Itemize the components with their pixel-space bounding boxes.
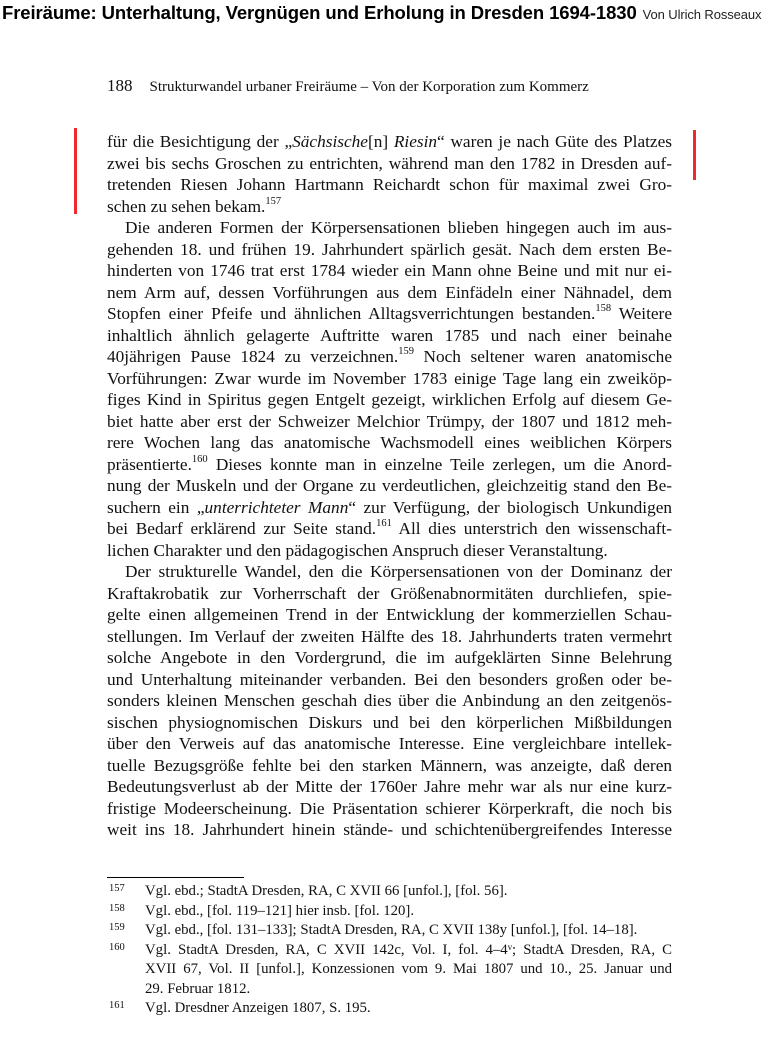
- body-line: weit ins 18. Jahrhundert hinein stände- …: [107, 819, 672, 841]
- footnote-ref[interactable]: 158: [595, 303, 611, 314]
- book-header: Freiräume: Unterhaltung, Vergnügen und E…: [0, 0, 769, 26]
- footnote-161: 161 Vgl. Dresdner Anzeigen 1807, S. 195.: [107, 999, 672, 1019]
- body-line: Stopfen einer Pfeife und ähnlichen Allta…: [107, 303, 672, 325]
- body-line: Die anderen Formen der Körpersensationen…: [107, 217, 672, 239]
- footnote-ref[interactable]: 161: [376, 518, 392, 529]
- body-line: Der strukturelle Wandel, den die Körpers…: [107, 561, 672, 583]
- body-line: nung der Muskeln und der Organe zu verde…: [107, 475, 672, 497]
- body-line: tuelle Bezugsgröße fehlte bei den starke…: [107, 755, 672, 777]
- footnote-157: 157 Vgl. ebd.; StadtA Dresden, RA, C XVI…: [107, 882, 672, 902]
- text-run: “ zur Verfügung, der biologisch Unkundig…: [348, 498, 672, 517]
- body-line: präsentierte.160 Dieses konnte man in ei…: [107, 454, 672, 476]
- body-line: figes Kind in Spiritus gegen Entgelt gez…: [107, 389, 672, 411]
- italic-run: unterrichteter Mann: [205, 498, 349, 517]
- footnote-text: XVII 67, Vol. II [unfol.], Konzessionen …: [145, 960, 672, 980]
- body-line: lichen Charakter und den pädagogischen A…: [107, 540, 672, 562]
- text-run: suchern ein „: [107, 498, 205, 517]
- text-run: 40jährigen Pause 1824 zu verzeichnen.: [107, 347, 398, 366]
- book-title: Freiräume: Unterhaltung, Vergnügen und E…: [2, 2, 761, 24]
- footnote-number: 157: [109, 879, 125, 899]
- text-run: Weitere: [611, 304, 672, 323]
- footnote-number: 160: [109, 938, 125, 958]
- text-run: Stopfen einer Pfeife und ähnlichen Allta…: [107, 304, 595, 323]
- body-line: gelte einen allgemeinen Trend in der Ent…: [107, 604, 672, 626]
- body-line: biet hatte aber erst der Schweizer Melch…: [107, 411, 672, 433]
- body-line: stellungen. Im Verlauf der zweiten Hälft…: [107, 626, 672, 648]
- text-run: [n]: [368, 132, 394, 151]
- footnotes: 157 Vgl. ebd.; StadtA Dresden, RA, C XVI…: [107, 882, 672, 1019]
- text-run: für die Besichtigung der „: [107, 132, 292, 151]
- italic-run: Sächsische: [292, 132, 368, 151]
- running-head: 188Strukturwandel urbaner Freiräume – Vo…: [107, 76, 589, 96]
- body-line: nem Arm auf, dessen Vorführungen aus dem…: [107, 282, 672, 304]
- book-author: Von Ulrich Rosseaux: [643, 7, 762, 22]
- body-text: für die Besichtigung der „Sächsische[n] …: [107, 131, 672, 841]
- footnote-text: Vgl. ebd.; StadtA Dresden, RA, C XVII 66…: [145, 882, 672, 902]
- footnote-text: Vgl. ebd., [fol. 131–133]; StadtA Dresde…: [145, 921, 672, 941]
- text-run: präsentierte.: [107, 455, 192, 474]
- body-line: Vorführungen: Zwar wurde im November 178…: [107, 368, 672, 390]
- footnote-160: 160 Vgl. StadtA Dresden, RA, C XVII 142c…: [107, 941, 672, 1000]
- footnote-158: 158 Vgl. ebd., [fol. 119–121] hier insb.…: [107, 902, 672, 922]
- body-line: für die Besichtigung der „Sächsische[n] …: [107, 131, 672, 153]
- text-run: “ waren je nach Güte des Platzes: [437, 132, 672, 151]
- footnote-159: 159 Vgl. ebd., [fol. 131–133]; StadtA Dr…: [107, 921, 672, 941]
- body-line: suchern ein „unterrichteter Mann“ zur Ve…: [107, 497, 672, 519]
- text-run: schen zu sehen bekam.: [107, 197, 265, 216]
- italic-run: Riesin: [394, 132, 437, 151]
- left-highlight-marker: [74, 128, 77, 214]
- book-title-text: Freiräume: Unterhaltung, Vergnügen und E…: [2, 2, 637, 23]
- body-line: Bedeutungsverlust ab der Mitte der 1760e…: [107, 776, 672, 798]
- footnote-ref[interactable]: 160: [192, 454, 208, 465]
- body-line: und Unterhaltung miteinander verbanden. …: [107, 669, 672, 691]
- body-line: zwei bis sechs Groschen zu entrichten, w…: [107, 153, 672, 175]
- body-line: sonders kleinen Menschen geschah dies üb…: [107, 690, 672, 712]
- text-run: All dies unterstrich den wissenschaft-: [392, 519, 672, 538]
- text-run: Noch seltener waren anatomische: [414, 347, 672, 366]
- footnote-ref[interactable]: 159: [398, 346, 414, 357]
- body-line: bei Bedarf erklärend zur Seite stand.161…: [107, 518, 672, 540]
- footnote-text: Vgl. Dresdner Anzeigen 1807, S. 195.: [145, 999, 672, 1019]
- body-line: hinderten von 1746 trat erst 1784 wieder…: [107, 260, 672, 282]
- right-highlight-marker: [693, 130, 696, 180]
- footnote-divider: [107, 877, 244, 878]
- footnote-number: 159: [109, 918, 125, 938]
- body-line: inhaltlich ähnlich gelagerte Auftritte w…: [107, 325, 672, 347]
- body-line: rere Wochen lang das anatomische Wachsmo…: [107, 432, 672, 454]
- footnote-number: 161: [109, 996, 125, 1016]
- body-line: schen zu sehen bekam.157: [107, 196, 672, 218]
- body-line: sischen physiognomischen Diskurs und bei…: [107, 712, 672, 734]
- body-line: gehenden 18. und frühen 19. Jahrhundert …: [107, 239, 672, 261]
- footnote-ref[interactable]: 157: [265, 196, 281, 207]
- running-head-title: Strukturwandel urbaner Freiräume – Von d…: [150, 79, 589, 95]
- footnote-text: Vgl. ebd., [fol. 119–121] hier insb. [fo…: [145, 902, 672, 922]
- body-line: fristige Modeerscheinung. Die Präsentati…: [107, 798, 672, 820]
- body-line: Kraftakrobatik zur Vorherrschaft der Grö…: [107, 583, 672, 605]
- text-run: bei Bedarf erklärend zur Seite stand.: [107, 519, 376, 538]
- footnote-text: Vgl. StadtA Dresden, RA, C XVII 142c, Vo…: [145, 941, 672, 961]
- footnote-number: 158: [109, 899, 125, 919]
- body-line: über den Verweis auf das anatomische Int…: [107, 733, 672, 755]
- footnote-text: 29. Februar 1812.: [145, 980, 672, 1000]
- body-line: solche Angebote in den Vordergrund, die …: [107, 647, 672, 669]
- body-line: tretenden Riesen Johann Hartmann Reichar…: [107, 174, 672, 196]
- page-number: 188: [107, 76, 133, 95]
- body-line: 40jährigen Pause 1824 zu verzeichnen.159…: [107, 346, 672, 368]
- text-run: Dieses konnte man in einzelne Teile zerl…: [208, 455, 672, 474]
